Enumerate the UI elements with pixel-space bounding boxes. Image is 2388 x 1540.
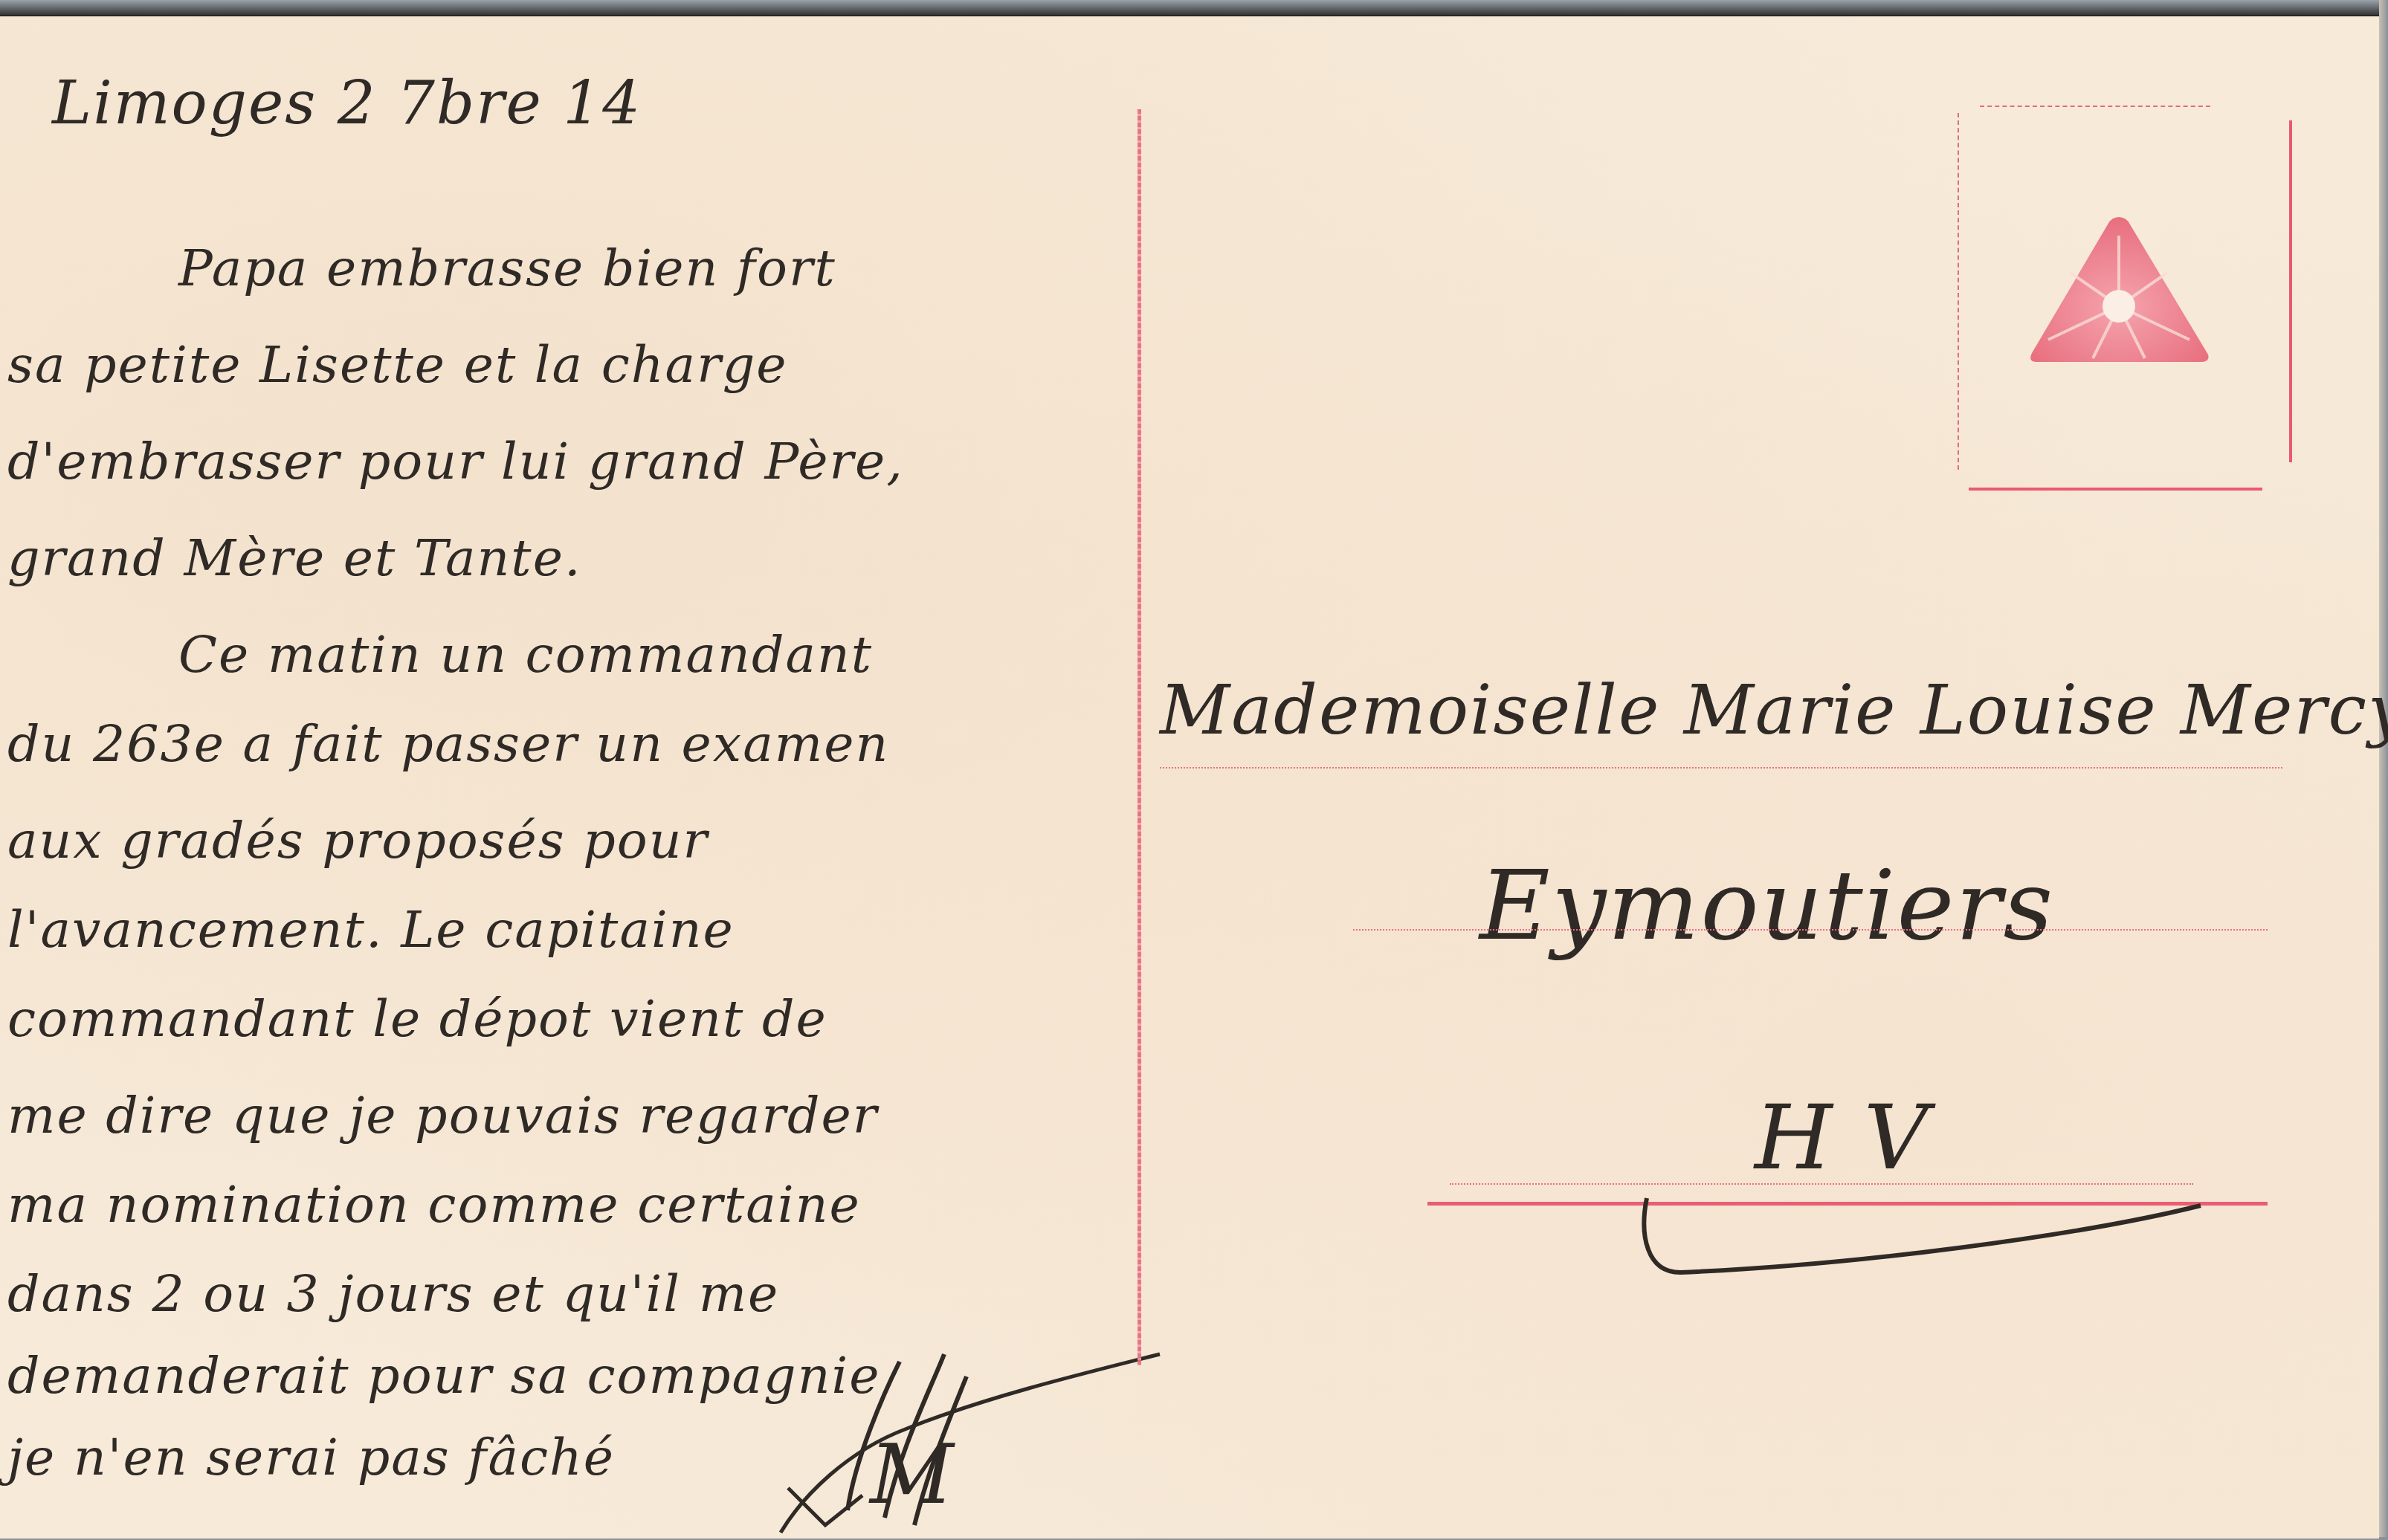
message-line: me dire que je pouvais regarder [7, 1087, 878, 1145]
recipient-department: H V [1755, 1087, 1929, 1190]
message-line: Ce matin un commandant [178, 626, 873, 685]
message-line: sa petite Lisette et la charge [7, 336, 787, 395]
signature-initial: M [868, 1427, 955, 1522]
underline-flourish [1487, 1191, 2230, 1295]
address-line-1 [1160, 767, 2282, 769]
message-line: demanderait pour sa compagnie [7, 1347, 880, 1405]
message-line: commandant le dépot vient de [7, 990, 827, 1049]
message-line: d'embrasser pour lui grand Père, [7, 433, 904, 491]
message-line: grand Mère et Tante. [7, 529, 582, 588]
message-line: ma nomination comme certaine [7, 1176, 861, 1235]
address-line-2 [1353, 929, 2268, 931]
message-line: dans 2 ou 3 jours et qu'il me [7, 1265, 779, 1324]
message-line: du 263e a fait passer un examen [7, 715, 889, 774]
stamp-box-right-border [2289, 120, 2292, 462]
signature-flourish: M [758, 1347, 1175, 1537]
stamp-box-left-border [1958, 113, 1959, 470]
stamp-box-top-border [1980, 106, 2210, 107]
scan-edge-right [2379, 0, 2388, 1537]
center-divider [1137, 109, 1141, 1365]
triangle-sunburst-icon [2026, 213, 2212, 366]
postcard-back: Limoges 2 7bre 14 Papa embrasse bien for… [0, 15, 2379, 1537]
address-line-3 [1450, 1183, 2193, 1185]
recipient-name: Mademoiselle Marie Louise Mercy [1160, 670, 2388, 750]
message-line: l'avancement. Le capitaine [7, 901, 735, 960]
message-line: aux gradés proposés pour [7, 812, 709, 870]
recipient-town: Eymoutiers [1479, 849, 2054, 962]
stamp-box-bottom-border [1969, 488, 2262, 491]
scan-edge-top [0, 0, 2388, 16]
dateline: Limoges 2 7bre 14 [52, 68, 642, 137]
message-line: Papa embrasse bien fort [178, 239, 836, 298]
message-line: je n'en serai pas fâché [7, 1429, 615, 1487]
